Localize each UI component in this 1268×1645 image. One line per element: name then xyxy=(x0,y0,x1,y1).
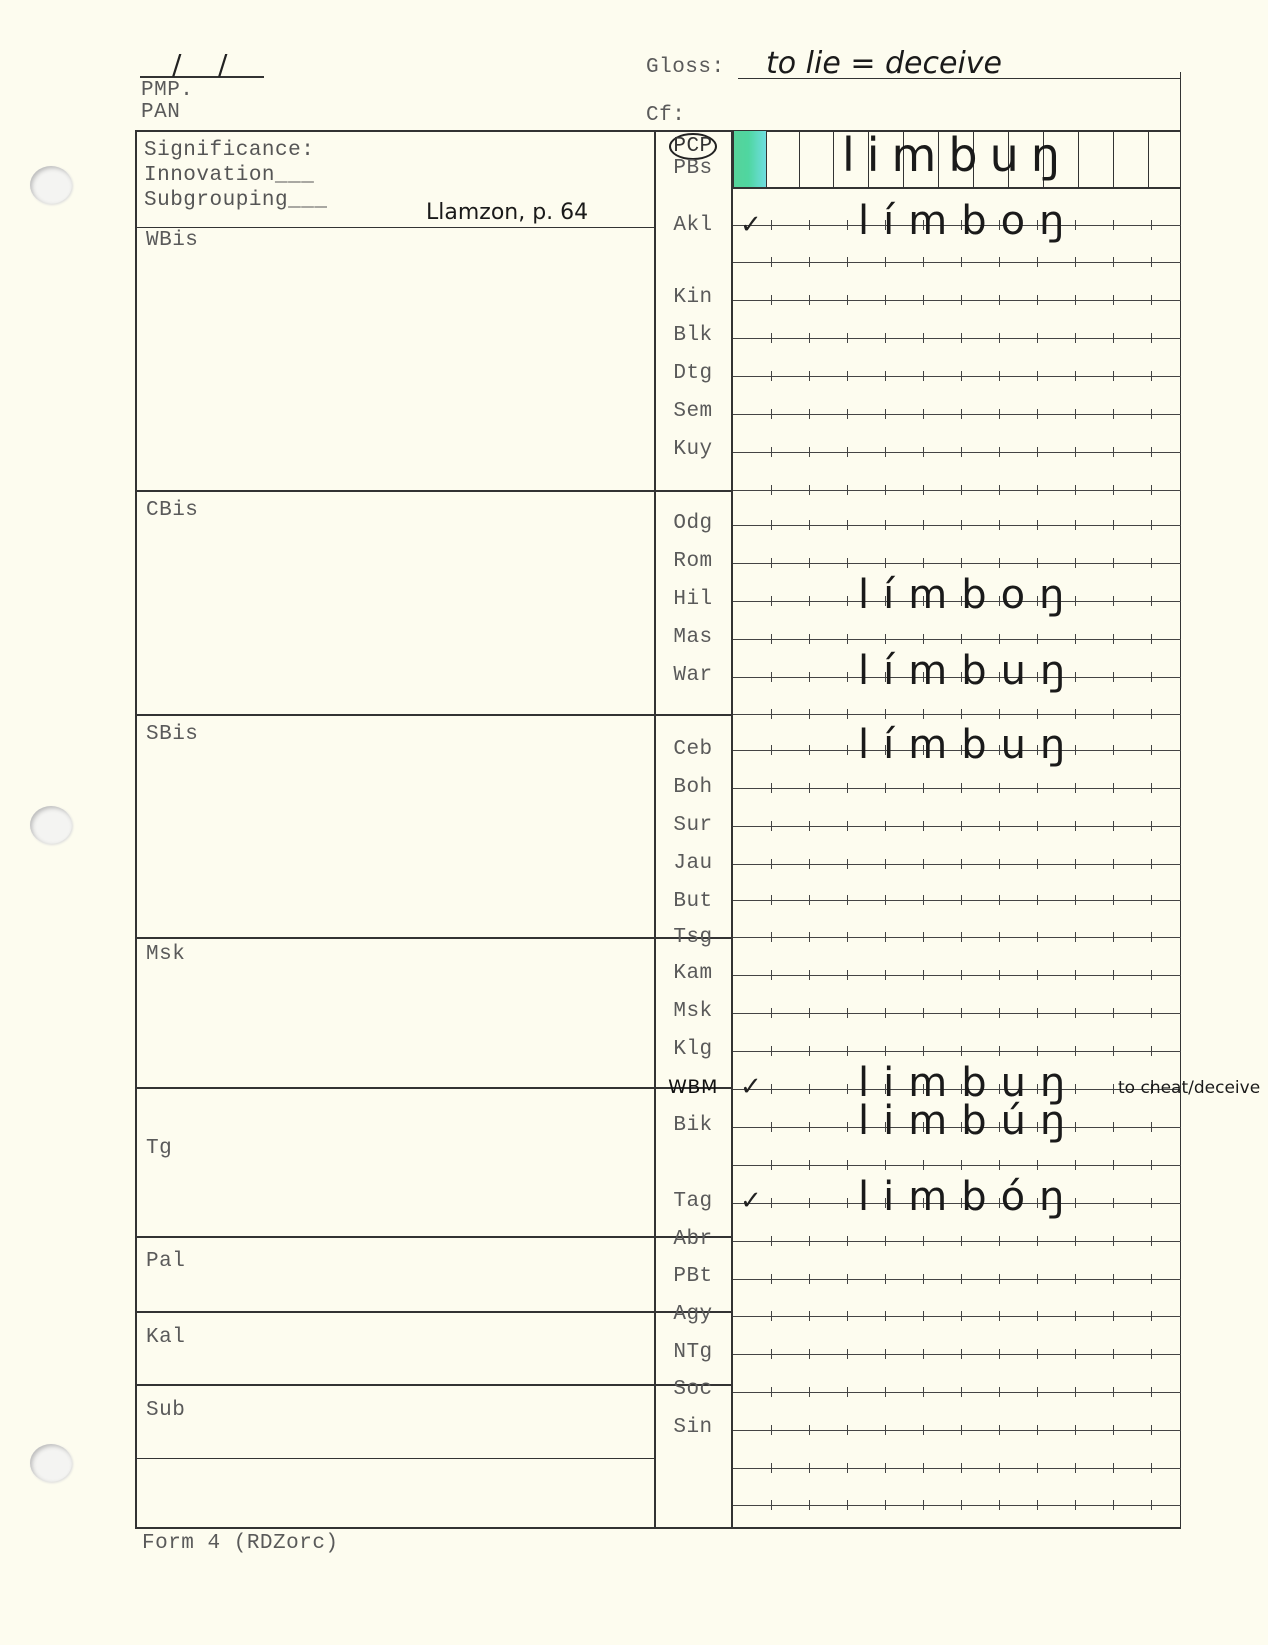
tick-mark xyxy=(809,745,810,755)
tick-mark xyxy=(1037,520,1038,530)
tick-mark xyxy=(999,1046,1000,1056)
tick-mark xyxy=(1037,932,1038,942)
tick-mark xyxy=(999,1311,1000,1321)
tick-mark xyxy=(961,1500,962,1510)
tick-mark xyxy=(771,1236,772,1246)
reflex-form-ceb[interactable]: límbuŋ xyxy=(858,722,1079,768)
tick-mark xyxy=(1151,970,1152,980)
tick-mark xyxy=(1075,783,1076,793)
tick-mark xyxy=(885,1160,886,1170)
ruled-line xyxy=(733,563,1181,564)
tick-mark xyxy=(1075,409,1076,419)
tick-mark xyxy=(961,859,962,869)
tick-mark xyxy=(847,257,848,267)
language-label-blk: Blk xyxy=(668,324,718,347)
tick-mark xyxy=(1037,1463,1038,1473)
tick-mark xyxy=(847,1387,848,1397)
tick-mark xyxy=(847,558,848,568)
tick-mark xyxy=(771,1274,772,1284)
tick-mark xyxy=(771,1046,772,1056)
tick-mark xyxy=(999,634,1000,644)
tick-mark xyxy=(923,1500,924,1510)
tick-mark xyxy=(771,596,772,606)
form-bottom-border xyxy=(135,1527,1181,1529)
date-slash: / xyxy=(172,48,181,81)
tick-mark xyxy=(771,371,772,381)
ruled-line xyxy=(733,490,1181,491)
tick-mark xyxy=(771,333,772,343)
punch-hole xyxy=(30,166,72,204)
tick-mark xyxy=(771,672,772,682)
language-label-klg: Klg xyxy=(668,1038,718,1061)
tick-mark xyxy=(885,932,886,942)
tick-mark xyxy=(923,783,924,793)
tick-mark xyxy=(1151,409,1152,419)
tick-mark xyxy=(1113,409,1114,419)
tick-mark xyxy=(847,520,848,530)
tick-mark xyxy=(1037,783,1038,793)
tick-mark xyxy=(961,257,962,267)
tick-mark xyxy=(961,1160,962,1170)
tick-mark xyxy=(961,895,962,905)
tick-mark xyxy=(1075,1349,1076,1359)
tick-mark xyxy=(1037,257,1038,267)
language-label-soc: Soc xyxy=(668,1378,718,1401)
tick-mark xyxy=(885,1387,886,1397)
tick-mark xyxy=(961,485,962,495)
tick-mark xyxy=(923,970,924,980)
tick-mark xyxy=(961,447,962,457)
tick-mark xyxy=(847,634,848,644)
tick-mark xyxy=(885,333,886,343)
language-label-akl: Akl xyxy=(668,214,718,237)
tick-mark xyxy=(1037,634,1038,644)
tick-mark xyxy=(999,333,1000,343)
group-divider-line xyxy=(135,937,733,939)
tick-mark xyxy=(1113,895,1114,905)
tick-mark xyxy=(1113,257,1114,267)
ruled-line xyxy=(733,1051,1181,1052)
tick-mark xyxy=(961,1387,962,1397)
tick-mark xyxy=(847,859,848,869)
gloss-underline xyxy=(738,78,1180,79)
tick-mark xyxy=(1075,709,1076,719)
reflex-form-tag[interactable]: limbóŋ xyxy=(858,1174,1078,1220)
tick-mark xyxy=(847,447,848,457)
language-label-boh: Boh xyxy=(668,776,718,799)
tick-mark xyxy=(1151,745,1152,755)
check-mark-icon: ✓ xyxy=(740,1072,762,1102)
tick-mark xyxy=(999,709,1000,719)
tick-mark xyxy=(923,859,924,869)
form-left-border xyxy=(135,130,137,1528)
tick-mark xyxy=(771,485,772,495)
group-label-msk: Msk xyxy=(146,943,185,966)
tick-mark xyxy=(771,783,772,793)
tick-mark xyxy=(1151,1046,1152,1056)
tick-mark xyxy=(961,409,962,419)
tick-mark xyxy=(771,1198,772,1208)
tick-mark xyxy=(1075,371,1076,381)
tick-mark xyxy=(1113,1425,1114,1435)
tick-mark xyxy=(999,1500,1000,1510)
tick-mark xyxy=(1151,932,1152,942)
language-label-mas: Mas xyxy=(668,626,718,649)
tick-mark xyxy=(847,1236,848,1246)
tick-mark xyxy=(847,932,848,942)
tick-mark xyxy=(923,634,924,644)
tick-mark xyxy=(847,295,848,305)
tick-mark xyxy=(1113,745,1114,755)
grid-cell-border xyxy=(799,130,800,187)
tick-mark xyxy=(1113,1160,1114,1170)
tick-mark xyxy=(961,970,962,980)
tick-mark xyxy=(999,1349,1000,1359)
tick-mark xyxy=(847,783,848,793)
tick-mark xyxy=(809,333,810,343)
tick-mark xyxy=(1075,485,1076,495)
tick-mark xyxy=(999,257,1000,267)
tick-mark xyxy=(923,371,924,381)
tick-mark xyxy=(885,1500,886,1510)
tick-mark xyxy=(809,859,810,869)
tick-mark xyxy=(1075,447,1076,457)
innovation-field[interactable]: Innovation___ xyxy=(144,163,327,188)
tick-mark xyxy=(1151,1463,1152,1473)
gloss-label: Gloss: xyxy=(646,56,725,79)
language-label-ntg: NTg xyxy=(668,1341,718,1364)
language-label-tsg: Tsg xyxy=(668,926,718,949)
reflex-form-war[interactable]: límbuŋ xyxy=(858,648,1079,694)
tick-mark xyxy=(961,821,962,831)
tick-mark xyxy=(1075,1500,1076,1510)
grid-cell-border xyxy=(833,130,834,187)
tick-mark xyxy=(771,1084,772,1094)
ruled-line xyxy=(733,1279,1181,1280)
tick-mark xyxy=(923,1349,924,1359)
pbs-label: PBs xyxy=(658,158,728,180)
reconstruction-form[interactable]: limbuŋ xyxy=(842,128,1072,182)
tick-mark xyxy=(1151,1236,1152,1246)
language-label-dtg: Dtg xyxy=(668,362,718,385)
tick-mark xyxy=(809,783,810,793)
tick-mark xyxy=(1075,1463,1076,1473)
ruled-line xyxy=(733,937,1181,938)
tick-mark xyxy=(1075,558,1076,568)
tick-mark xyxy=(771,1008,772,1018)
ruled-line xyxy=(733,1316,1181,1317)
pcp-circled-label: PCP xyxy=(669,133,716,160)
tick-mark xyxy=(1151,520,1152,530)
tick-mark xyxy=(809,485,810,495)
tick-mark xyxy=(1151,1387,1152,1397)
tick-mark xyxy=(847,709,848,719)
tick-mark xyxy=(999,1425,1000,1435)
significance-divider xyxy=(135,227,655,228)
ruled-line xyxy=(733,1468,1181,1469)
tick-mark xyxy=(847,1198,848,1208)
cf-label: Cf: xyxy=(646,104,685,127)
tick-mark xyxy=(1037,295,1038,305)
tick-mark xyxy=(1037,821,1038,831)
tick-mark xyxy=(1151,558,1152,568)
tick-mark xyxy=(961,1236,962,1246)
tick-mark xyxy=(885,1349,886,1359)
subgrouping-field[interactable]: Subgrouping___ xyxy=(144,188,327,213)
tick-mark xyxy=(1113,485,1114,495)
tick-mark xyxy=(771,1122,772,1132)
proto-labels: PMP. PAN xyxy=(141,80,193,124)
tick-mark xyxy=(1075,520,1076,530)
tick-mark xyxy=(1151,709,1152,719)
language-label-wbm: WBM xyxy=(668,1076,718,1098)
tick-mark xyxy=(885,485,886,495)
tick-mark xyxy=(1075,970,1076,980)
tick-mark xyxy=(1151,1311,1152,1321)
language-label-abr: Abr xyxy=(668,1228,718,1251)
tick-mark xyxy=(961,1463,962,1473)
tick-mark xyxy=(1113,1046,1114,1056)
tick-mark xyxy=(1075,1160,1076,1170)
date-slash: / xyxy=(218,48,227,81)
group-label-sub: Sub xyxy=(146,1399,185,1422)
tick-mark xyxy=(847,596,848,606)
group-label-sbis: SBis xyxy=(146,723,198,746)
tick-mark xyxy=(809,672,810,682)
language-label-kuy: Kuy xyxy=(668,438,718,461)
language-label-rom: Rom xyxy=(668,550,718,573)
tick-mark xyxy=(1037,1236,1038,1246)
tick-mark xyxy=(923,295,924,305)
tick-mark xyxy=(1151,859,1152,869)
tick-mark xyxy=(885,520,886,530)
tick-mark xyxy=(885,1425,886,1435)
tick-mark xyxy=(809,1425,810,1435)
tick-mark xyxy=(885,895,886,905)
tick-mark xyxy=(923,1046,924,1056)
tick-mark xyxy=(1151,371,1152,381)
punch-hole xyxy=(30,1444,72,1482)
tick-mark xyxy=(847,745,848,755)
tick-mark xyxy=(961,1349,962,1359)
tick-mark xyxy=(923,1311,924,1321)
tick-mark xyxy=(1037,1500,1038,1510)
tick-mark xyxy=(1037,1349,1038,1359)
tick-mark xyxy=(809,1160,810,1170)
tick-mark xyxy=(847,485,848,495)
ruled-line xyxy=(733,262,1181,263)
tick-mark xyxy=(1151,257,1152,267)
tick-mark xyxy=(771,821,772,831)
tick-mark xyxy=(923,821,924,831)
tick-mark xyxy=(885,970,886,980)
tick-mark xyxy=(961,634,962,644)
tick-mark xyxy=(999,558,1000,568)
tick-mark xyxy=(1113,1236,1114,1246)
language-divider xyxy=(731,130,733,1528)
ruled-line xyxy=(733,1013,1181,1014)
reconstruction-label: PCP PBs xyxy=(658,136,728,180)
tick-mark xyxy=(1113,1198,1114,1208)
tick-mark xyxy=(809,1236,810,1246)
tick-mark xyxy=(1151,821,1152,831)
tick-mark xyxy=(1113,447,1114,457)
tick-mark xyxy=(999,409,1000,419)
proto-label-pmp: PMP. xyxy=(141,80,193,102)
group-label-pal: Pal xyxy=(146,1250,185,1273)
tick-mark xyxy=(999,1463,1000,1473)
tick-mark xyxy=(1037,859,1038,869)
tick-mark xyxy=(999,1008,1000,1018)
tick-mark xyxy=(771,1349,772,1359)
ruled-line xyxy=(733,1165,1181,1166)
ruled-line xyxy=(733,414,1181,415)
tick-mark xyxy=(1113,1349,1114,1359)
language-label-sem: Sem xyxy=(668,400,718,423)
tick-mark xyxy=(847,1500,848,1510)
ruled-line xyxy=(733,338,1181,339)
tick-mark xyxy=(961,295,962,305)
tick-mark xyxy=(1113,1387,1114,1397)
tick-mark xyxy=(809,1500,810,1510)
tick-mark xyxy=(1151,1122,1152,1132)
tick-mark xyxy=(847,895,848,905)
tick-mark xyxy=(1151,783,1152,793)
reflex-form-akl[interactable]: límboŋ xyxy=(858,198,1078,244)
tick-mark xyxy=(847,672,848,682)
tick-mark xyxy=(885,257,886,267)
tick-mark xyxy=(1151,596,1152,606)
tick-mark xyxy=(1075,295,1076,305)
ruled-line xyxy=(733,1505,1181,1506)
tick-mark xyxy=(771,295,772,305)
tick-mark xyxy=(809,409,810,419)
language-label-hil: Hil xyxy=(668,588,718,611)
tick-mark xyxy=(961,333,962,343)
tick-mark xyxy=(1037,1160,1038,1170)
tick-mark xyxy=(771,1500,772,1510)
tick-mark xyxy=(847,1046,848,1056)
tick-mark xyxy=(885,295,886,305)
tick-mark xyxy=(923,333,924,343)
highlighter-mark xyxy=(734,131,766,187)
tick-mark xyxy=(847,1084,848,1094)
tick-mark xyxy=(961,1274,962,1284)
tick-mark xyxy=(1113,1122,1114,1132)
tick-mark xyxy=(809,821,810,831)
reflex-form-bik[interactable]: limbúŋ xyxy=(858,1098,1079,1144)
tick-mark xyxy=(809,1008,810,1018)
language-label-but: But xyxy=(668,890,718,913)
grid-cell-border xyxy=(1113,130,1114,187)
language-label-pbt: PBt xyxy=(668,1265,718,1288)
tick-mark xyxy=(885,783,886,793)
tick-mark xyxy=(961,1046,962,1056)
tick-mark xyxy=(999,821,1000,831)
reflex-form-hil[interactable]: límboŋ xyxy=(858,572,1078,618)
tick-mark xyxy=(1151,485,1152,495)
tick-mark xyxy=(809,1349,810,1359)
group-divider-line xyxy=(135,490,733,492)
tick-mark xyxy=(999,783,1000,793)
significance-title: Significance: xyxy=(144,138,327,163)
group-divider-line xyxy=(135,1236,733,1238)
language-label-bik: Bik xyxy=(668,1114,718,1137)
tick-mark xyxy=(1113,1311,1114,1321)
tick-mark xyxy=(847,1122,848,1132)
tick-mark xyxy=(771,859,772,869)
tick-mark xyxy=(1113,932,1114,942)
tick-mark xyxy=(771,895,772,905)
grid-cell-border xyxy=(1078,130,1079,187)
tick-mark xyxy=(961,520,962,530)
tick-mark xyxy=(1113,371,1114,381)
ruled-line xyxy=(733,788,1181,789)
language-label-tag: Tag xyxy=(668,1190,718,1213)
tick-mark xyxy=(923,1008,924,1018)
tick-mark xyxy=(1037,447,1038,457)
tick-mark xyxy=(885,1274,886,1284)
tick-mark xyxy=(1151,333,1152,343)
tick-mark xyxy=(1037,409,1038,419)
tick-mark xyxy=(885,447,886,457)
tick-mark xyxy=(1075,859,1076,869)
tick-mark xyxy=(1037,970,1038,980)
tick-mark xyxy=(809,220,810,230)
tick-mark xyxy=(961,1311,962,1321)
tick-mark xyxy=(923,895,924,905)
tick-mark xyxy=(1037,1046,1038,1056)
tick-mark xyxy=(1151,220,1152,230)
tick-mark xyxy=(923,558,924,568)
tick-mark xyxy=(847,1463,848,1473)
tick-mark xyxy=(1075,333,1076,343)
tick-mark xyxy=(809,520,810,530)
tick-mark xyxy=(961,783,962,793)
tick-mark xyxy=(961,1425,962,1435)
tick-mark xyxy=(771,447,772,457)
tick-mark xyxy=(809,295,810,305)
tick-mark xyxy=(1113,821,1114,831)
tick-mark xyxy=(885,1008,886,1018)
grid-cell-border xyxy=(1148,130,1149,187)
tick-mark xyxy=(1113,783,1114,793)
tick-mark xyxy=(999,970,1000,980)
tick-mark xyxy=(999,520,1000,530)
tick-mark xyxy=(809,371,810,381)
tick-mark xyxy=(923,1387,924,1397)
gloss-value[interactable]: to lie = deceive xyxy=(766,46,1002,81)
tick-mark xyxy=(961,558,962,568)
tick-mark xyxy=(885,1311,886,1321)
tick-mark xyxy=(1075,1425,1076,1435)
tick-mark xyxy=(1037,485,1038,495)
tick-mark xyxy=(885,409,886,419)
tick-mark xyxy=(1075,1311,1076,1321)
ruled-line xyxy=(733,826,1181,827)
tick-mark xyxy=(847,1274,848,1284)
tick-mark xyxy=(885,1236,886,1246)
tick-mark xyxy=(1037,558,1038,568)
ruled-line xyxy=(733,300,1181,301)
tick-mark xyxy=(1113,1008,1114,1018)
tick-mark xyxy=(809,895,810,905)
ruled-line xyxy=(733,525,1181,526)
tick-mark xyxy=(809,558,810,568)
language-label-agy: Agy xyxy=(668,1303,718,1326)
form-right-border xyxy=(1180,72,1181,1528)
tick-mark xyxy=(1113,295,1114,305)
